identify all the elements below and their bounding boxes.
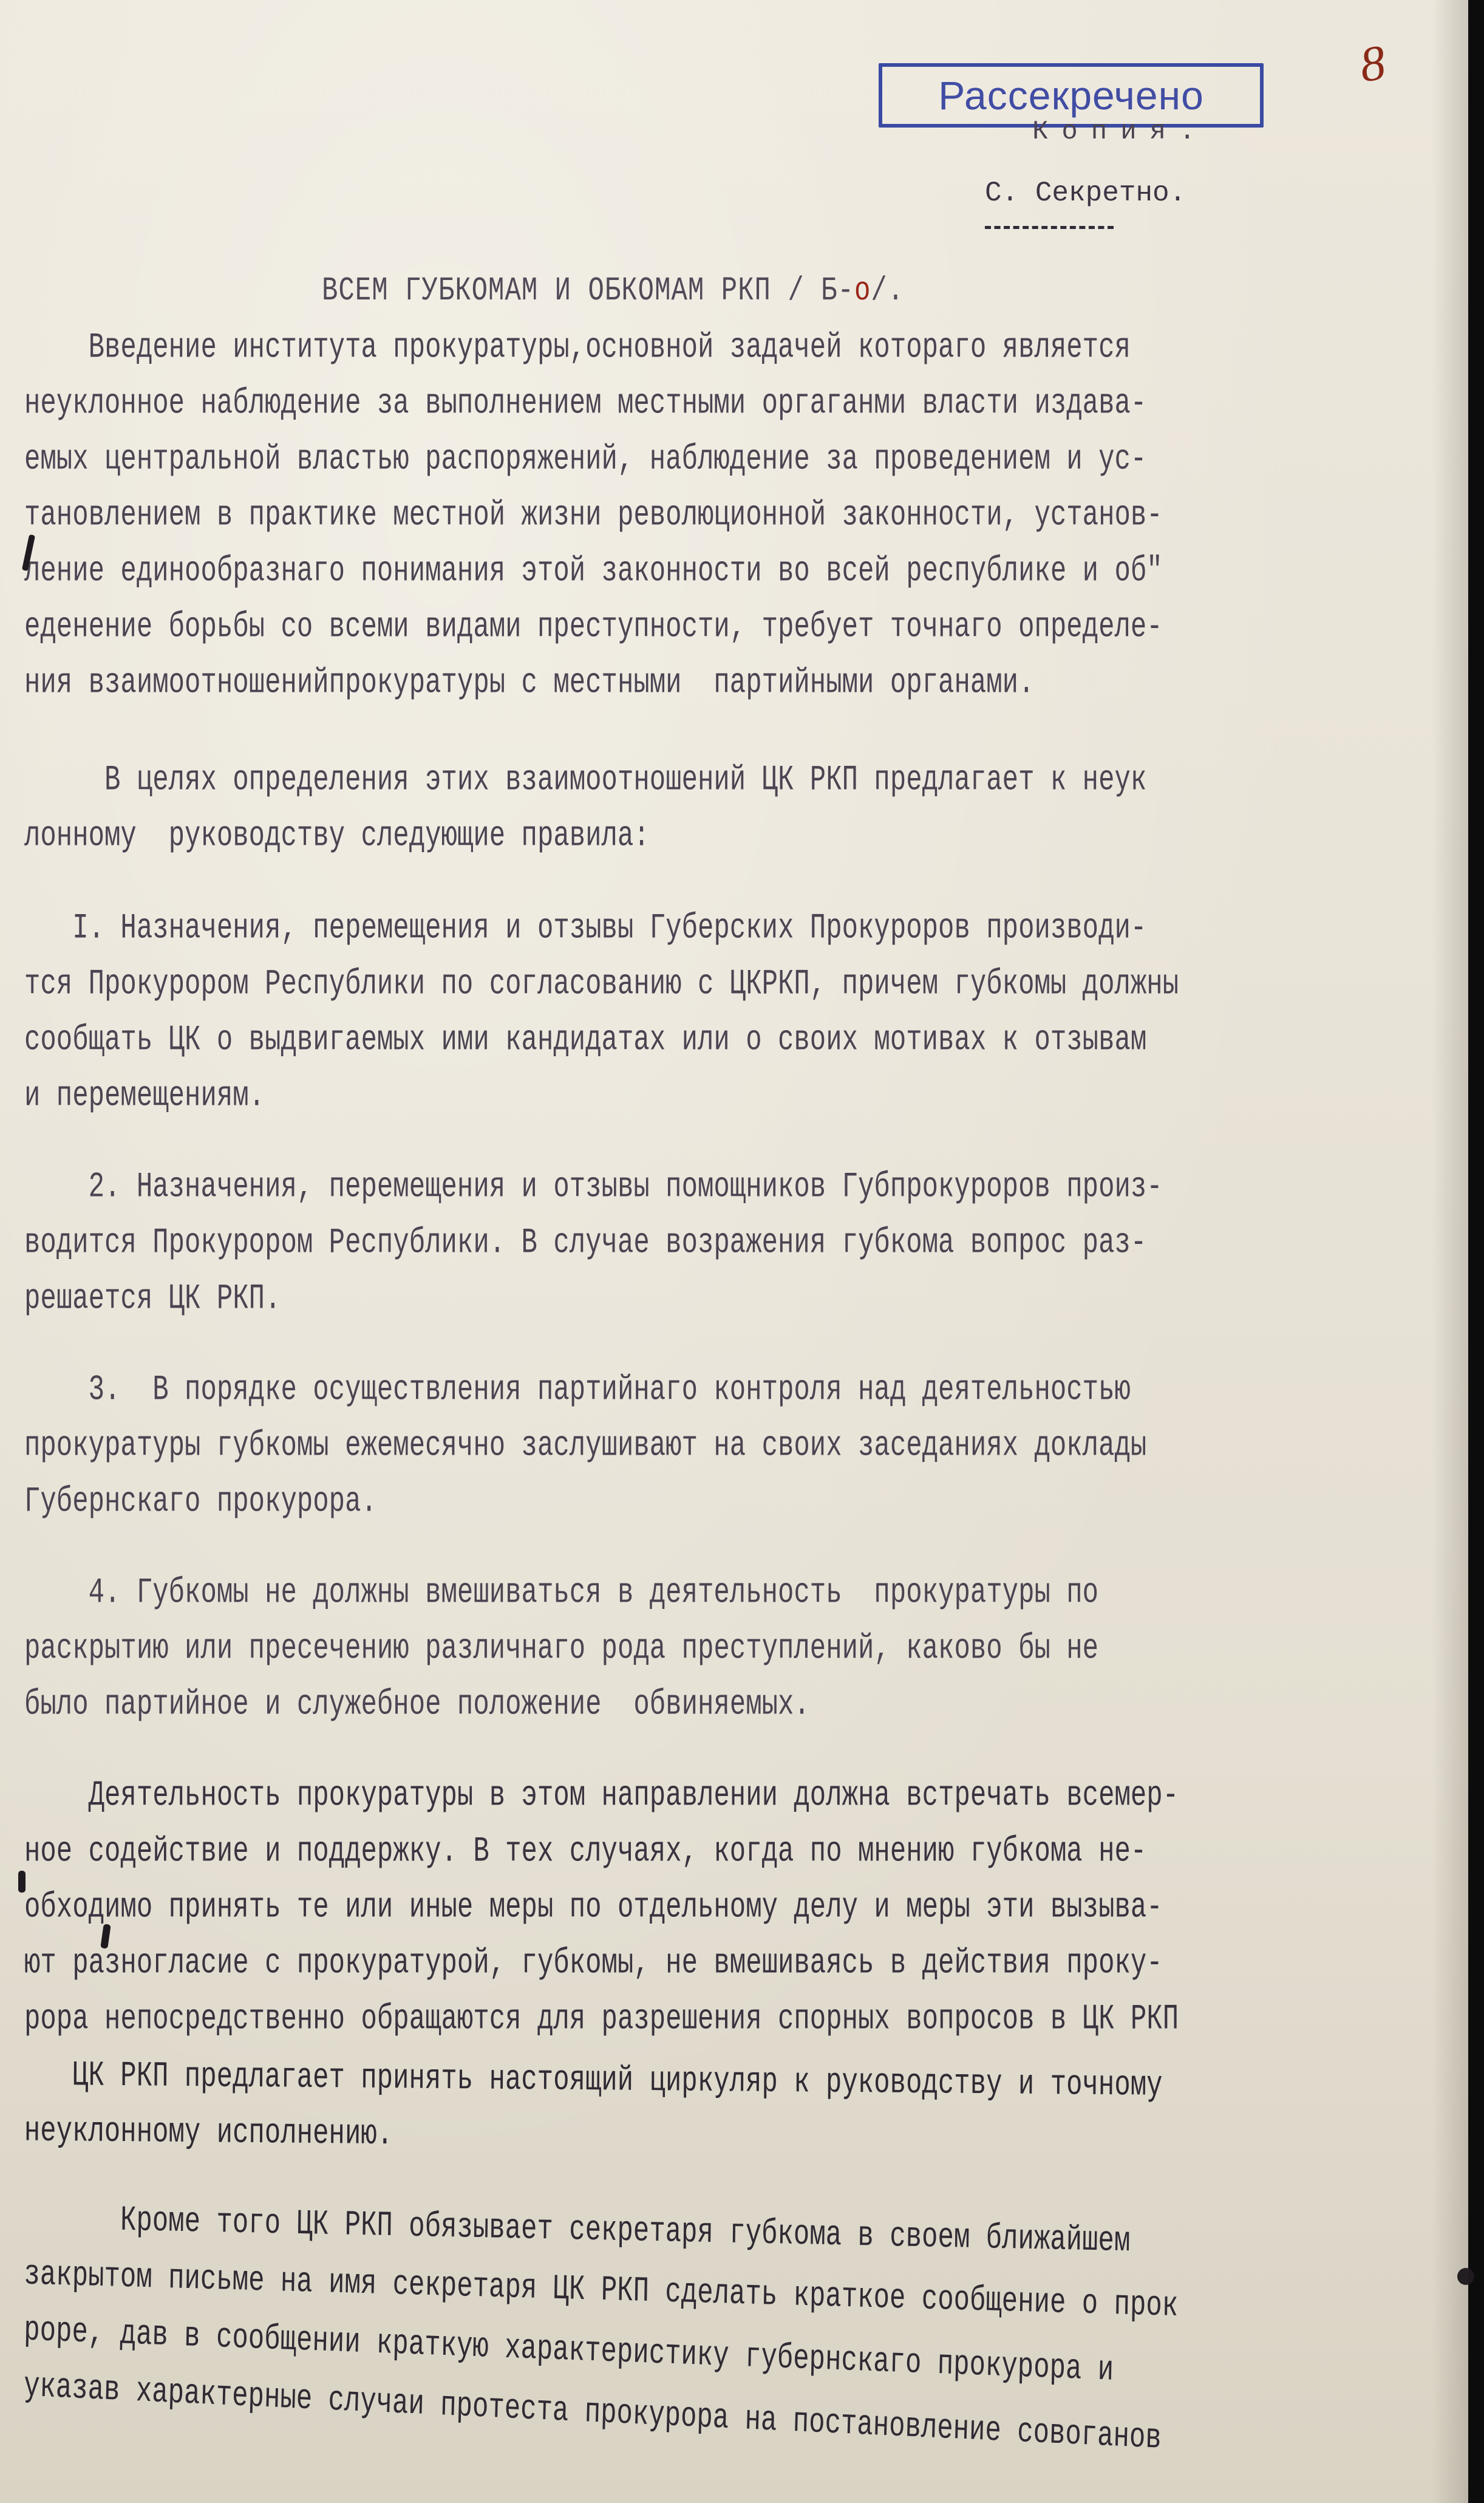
- document-line: обходимо принять те или иные меры по отд…: [24, 1888, 1163, 1928]
- document-line: 4. Губкомы не должны вмешиваться в деяте…: [24, 1573, 1098, 1613]
- document-line: прокуратуры губкомы ежемесячно заслушива…: [24, 1426, 1146, 1466]
- heading-text: ВСЕМ ГУБКОМАМ И ОБКОМАМ РКП / Б-: [322, 272, 854, 310]
- document-line: ЦК РКП предлагает принять настоящий цирк…: [24, 2055, 1163, 2106]
- document-line: Губернскаго прокурора.: [24, 1482, 377, 1522]
- document-line: водится Прокурором Республики. В случае …: [24, 1223, 1146, 1263]
- document-line: решается ЦК РКП.: [24, 1279, 281, 1319]
- document-line: еденение борьбы со всеми видами преступн…: [24, 607, 1163, 647]
- document-page: Рассекречено 8 Копия. С. Секретно. ВСЕМ …: [0, 0, 1468, 2503]
- document-line: емых центральной властью распоряжений, н…: [24, 440, 1146, 480]
- document-line: Введение института прокуратуры,основной …: [24, 328, 1131, 368]
- document-line: рора непосредственно обращаются для разр…: [24, 1999, 1179, 2040]
- handwritten-page-number: 8: [1356, 34, 1389, 94]
- document-line: и перемещениям.: [24, 1076, 265, 1116]
- classification-underline: [985, 226, 1114, 229]
- document-line: Кроме того ЦК РКП обязывает секретаря гу…: [24, 2199, 1130, 2262]
- declassified-stamp-text: Рассекречено: [938, 72, 1204, 118]
- document-line: ния взаимоотношенийпрокуратуры с местным…: [24, 663, 1034, 703]
- document-line: лонному руководству следующие правила:: [24, 816, 650, 856]
- document-line: ление единообразнаго понимания этой зако…: [24, 551, 1163, 592]
- copy-mark: Копия.: [1032, 117, 1208, 147]
- document-line: Деятельность прокуратуры в этом направле…: [24, 1776, 1179, 1816]
- ink-mark: [18, 1871, 26, 1893]
- classification-label: С. Секретно.: [985, 177, 1186, 209]
- document-heading: ВСЕМ ГУБКОМАМ И ОБКОМАМ РКП / Б-о/.: [322, 272, 904, 310]
- heading-close: /.: [871, 272, 904, 310]
- document-line: сообщать ЦК о выдвигаемых ими кандидатах…: [24, 1020, 1146, 1060]
- document-line: ное содействие и поддержку. В тех случая…: [24, 1832, 1146, 1872]
- document-line: 2. Назначения, перемещения и отзывы помо…: [24, 1167, 1163, 1207]
- heading-handwritten-correction: о: [854, 272, 871, 310]
- ink-mark: [1457, 2268, 1474, 2285]
- document-line: тся Прокурором Республики по согласовани…: [24, 965, 1179, 1005]
- document-line: 3. В порядке осуществления партийнаго ко…: [24, 1370, 1131, 1410]
- document-line: закрытом письме на имя секретаря ЦК РКП …: [24, 2255, 1179, 2327]
- document-line: было партийное и служебное положение обв…: [24, 1685, 810, 1725]
- document-line: неуклонному исполнению.: [24, 2111, 393, 2155]
- document-line: I. Назначения, перемещения и отзывы Губе…: [24, 909, 1146, 949]
- document-line: ют разногласие с прокуратурой, губкомы, …: [24, 1944, 1163, 1984]
- document-line: В целях определения этих взаимоотношений…: [24, 760, 1146, 801]
- document-line: тановлением в практике местной жизни рев…: [24, 496, 1163, 536]
- document-line: раскрытию или пресечению различнаго рода…: [24, 1629, 1098, 1669]
- document-line: неуклонное наблюдение за выполнением мес…: [24, 384, 1146, 424]
